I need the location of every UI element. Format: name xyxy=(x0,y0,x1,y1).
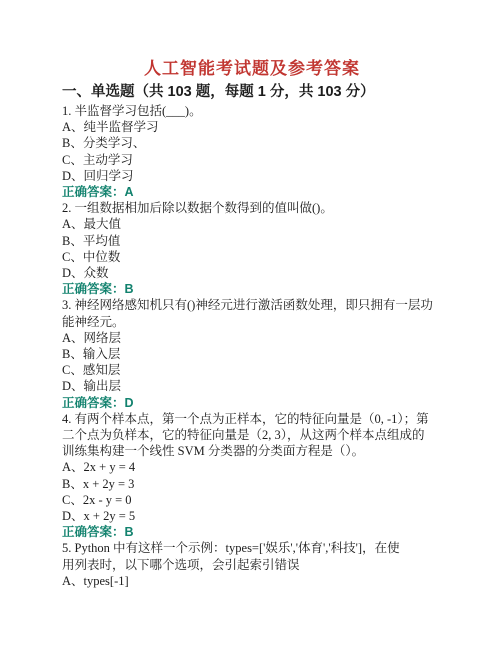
option-line: B、输入层 xyxy=(62,346,442,362)
question-text-line: 3. 神经网络感知机只有()神经元进行激活函数处理，即只拥有一层功 xyxy=(62,297,442,313)
option-line: B、平均值 xyxy=(62,233,442,249)
option-line: A、网络层 xyxy=(62,330,442,346)
section-heading: 一、单选题（共 103 题，每题 1 分，共 103 分） xyxy=(62,84,442,101)
option-line: D、回归学习 xyxy=(62,168,442,184)
option-line: D、输出层 xyxy=(62,378,442,394)
option-line: C、中位数 xyxy=(62,249,442,265)
question-text-line: 用列表时，以下哪个选项，会引起索引错误 xyxy=(62,557,442,573)
question-block: 5. Python 中有这样一个示例：types=['娱乐','体育','科技'… xyxy=(62,540,442,589)
option-line: A、纯半监督学习 xyxy=(62,119,442,135)
correct-answer-line: 正确答案：D xyxy=(62,395,442,411)
question-text-line: 能神经元。 xyxy=(62,314,442,330)
question-text-line: 1. 半监督学习包括(___)。 xyxy=(62,103,442,119)
question-block: 1. 半监督学习包括(___)。A、纯半监督学习B、分类学习、C、主动学习D、回… xyxy=(62,103,442,200)
option-line: A、types[-1] xyxy=(62,573,442,589)
question-block: 2. 一组数据相加后除以数据个数得到的值叫做()。A、最大值B、平均值C、中位数… xyxy=(62,200,442,297)
question-text-line: 5. Python 中有这样一个示例：types=['娱乐','体育','科技'… xyxy=(62,540,442,556)
question-block: 3. 神经网络感知机只有()神经元进行激活函数处理，即只拥有一层功能神经元。A、… xyxy=(62,297,442,410)
correct-answer-line: 正确答案：A xyxy=(62,184,442,200)
question-text-line: 4. 有两个样本点，第一个点为正样本，它的特征向量是（0, -1）；第 xyxy=(62,411,442,427)
option-line: D、x + 2y = 5 xyxy=(62,508,442,524)
question-text-line: 训练集构建一个线性 SVM 分类器的分类面方程是（）。 xyxy=(62,443,442,459)
correct-answer-line: 正确答案：B xyxy=(62,524,442,540)
correct-answer-line: 正确答案：B xyxy=(62,281,442,297)
option-line: C、2x - y = 0 xyxy=(62,492,442,508)
option-line: C、感知层 xyxy=(62,362,442,378)
question-text-line: 2. 一组数据相加后除以数据个数得到的值叫做()。 xyxy=(62,200,442,216)
document-page: 人工智能考试题及参考答案 一、单选题（共 103 题，每题 1 分，共 103 … xyxy=(0,0,500,647)
option-line: B、x + 2y = 3 xyxy=(62,476,442,492)
option-line: D、众数 xyxy=(62,265,442,281)
document-title: 人工智能考试题及参考答案 xyxy=(62,58,442,80)
option-line: C、主动学习 xyxy=(62,152,442,168)
option-line: A、2x + y = 4 xyxy=(62,459,442,475)
option-line: B、分类学习、 xyxy=(62,135,442,151)
option-line: A、最大值 xyxy=(62,216,442,232)
question-block: 4. 有两个样本点，第一个点为正样本，它的特征向量是（0, -1）；第二个点为负… xyxy=(62,411,442,541)
question-text-line: 二个点为负样本，它的特征向量是（2, 3），从这两个样本点组成的 xyxy=(62,427,442,443)
questions-list: 1. 半监督学习包括(___)。A、纯半监督学习B、分类学习、C、主动学习D、回… xyxy=(62,103,442,589)
